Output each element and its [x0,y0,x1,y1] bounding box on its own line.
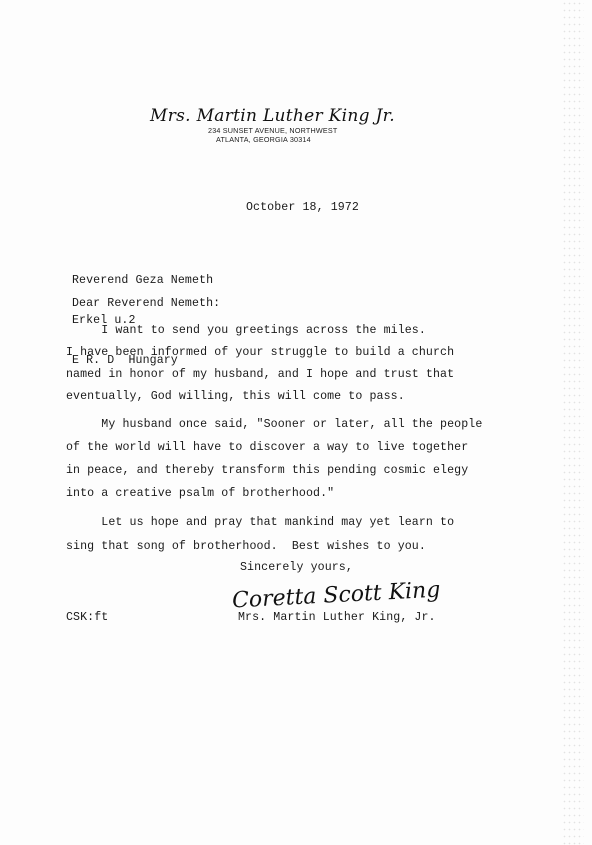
body-line: in peace, and thereby transform this pen… [66,460,468,482]
salutation: Dear Reverend Nemeth: [72,297,220,310]
body-line: eventually, God willing, this will come … [66,386,405,408]
body-line: My husband once said, "Sooner or later, … [66,414,482,436]
letter-date: October 18, 1972 [246,201,359,214]
body-line: Let us hope and pray that mankind may ye… [66,512,454,534]
scan-speckle [562,0,584,845]
handwritten-signature: Coretta Scott King [231,578,440,614]
body-line: sing that song of brotherhood. Best wish… [66,536,426,558]
body-line: of the world will have to discover a way… [66,437,468,459]
typist-initials: CSK:ft [66,611,108,624]
letterhead-address-1: 234 SUNSET AVENUE, NORTHWEST [208,126,380,135]
closing: Sincerely yours, [240,561,353,574]
body-line: into a creative psalm of brotherhood." [66,483,334,505]
letterhead-address-2: ATLANTA, GEORGIA 30314 [216,135,380,144]
body-line: I want to send you greetings across the … [66,320,426,342]
signer-name: Mrs. Martin Luther King, Jr. [238,611,436,624]
letterhead: Mrs. Martin Luther King Jr. 234 SUNSET A… [150,106,380,144]
body-line: named in honor of my husband, and I hope… [66,364,454,386]
recipient-line-1: Reverend Geza Nemeth [72,274,213,287]
letterhead-name: Mrs. Martin Luther King Jr. [150,106,380,126]
body-line: I have been informed of your struggle to… [66,342,454,364]
letter-page: Mrs. Martin Luther King Jr. 234 SUNSET A… [0,0,592,845]
